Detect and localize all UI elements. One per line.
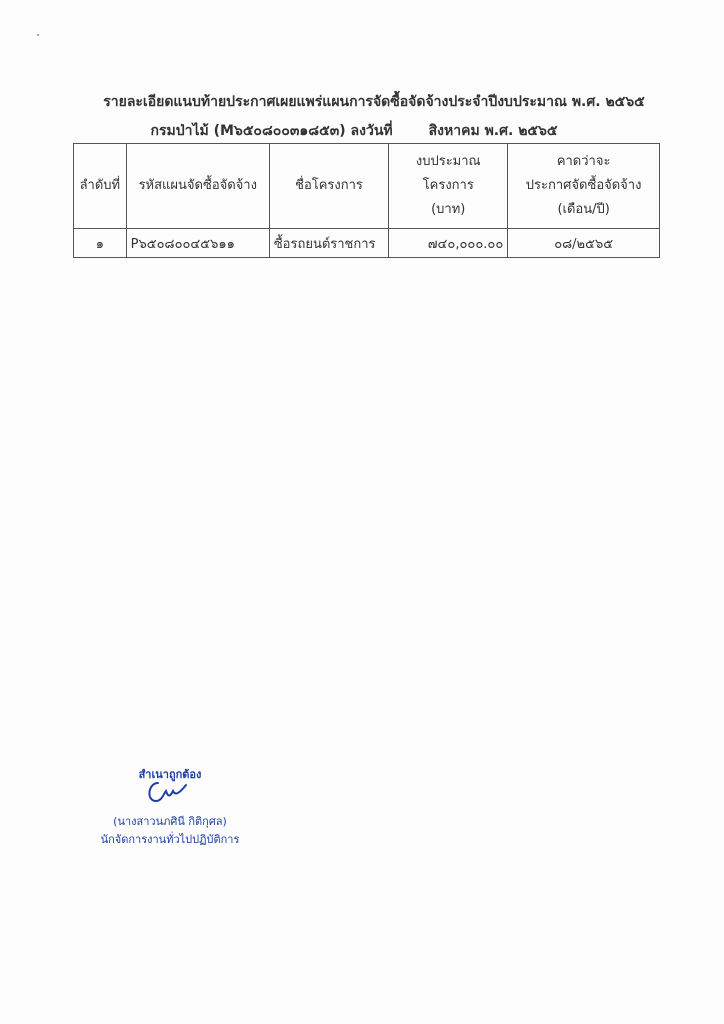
header-expected-line3: (เดือน/ปี) <box>512 198 655 222</box>
document-subtitle: กรมป่าไม้ (M๖๕๐๘๐๐๓๑๘๕๓) ลงวันที่สิงหาคม… <box>0 120 716 142</box>
signer-position: นักจัดการงานทั่วไปปฏิบัติการ <box>60 831 280 849</box>
signer-name: (นางสาวนภศินี กิติกุศล) <box>60 813 280 831</box>
header-budget-line1: งบประมาณโครงการ <box>393 150 503 198</box>
header-budget: งบประมาณโครงการ (บาท) <box>389 144 508 229</box>
cell-budget: ๗๔๐,๐๐๐.๐๐ <box>389 229 508 258</box>
header-expected-line2: ประกาศจัดซื้อจัดจ้าง <box>512 174 655 198</box>
header-plan-code: รหัสแผนจัดซื้อจัดจ้าง <box>126 144 269 229</box>
header-expected-date: คาดว่าจะ ประกาศจัดซื้อจัดจ้าง (เดือน/ปี) <box>508 144 660 229</box>
cell-expected-date: ๐๘/๒๕๖๕ <box>508 229 660 258</box>
table-header-row: ลำดับที่ รหัสแผนจัดซื้อจัดจ้าง ชื่อโครงก… <box>74 144 660 229</box>
cell-project-name: ซื้อรถยนต์ราชการ <box>269 229 388 258</box>
scan-speck <box>37 34 39 36</box>
signature-mark-icon <box>60 783 280 813</box>
signature-block: สำเนาถูกต้อง (นางสาวนภศินี กิติกุศล) นัก… <box>60 765 280 849</box>
subtitle-prefix: กรมป่าไม้ (M๖๕๐๘๐๐๓๑๘๕๓) ลงวันที่ <box>150 123 392 139</box>
procurement-plan-table: ลำดับที่ รหัสแผนจัดซื้อจัดจ้าง ชื่อโครงก… <box>73 143 660 258</box>
table-row: ๑ P๖๕๐๘๐๐๔๕๖๑๑ ซื้อรถยนต์ราชการ ๗๔๐,๐๐๐.… <box>74 229 660 258</box>
subtitle-date: สิงหาคม พ.ศ. ๒๕๖๕ <box>429 123 558 139</box>
header-project-name: ชื่อโครงการ <box>269 144 388 229</box>
header-budget-line2: (บาท) <box>393 198 503 222</box>
header-no: ลำดับที่ <box>74 144 127 229</box>
cell-plan-code: P๖๕๐๘๐๐๔๕๖๑๑ <box>126 229 269 258</box>
header-expected-line1: คาดว่าจะ <box>512 150 655 174</box>
cell-no: ๑ <box>74 229 127 258</box>
document-title: รายละเอียดแนบท้ายประกาศเผยแพร่แผนการจัดซ… <box>12 91 724 113</box>
